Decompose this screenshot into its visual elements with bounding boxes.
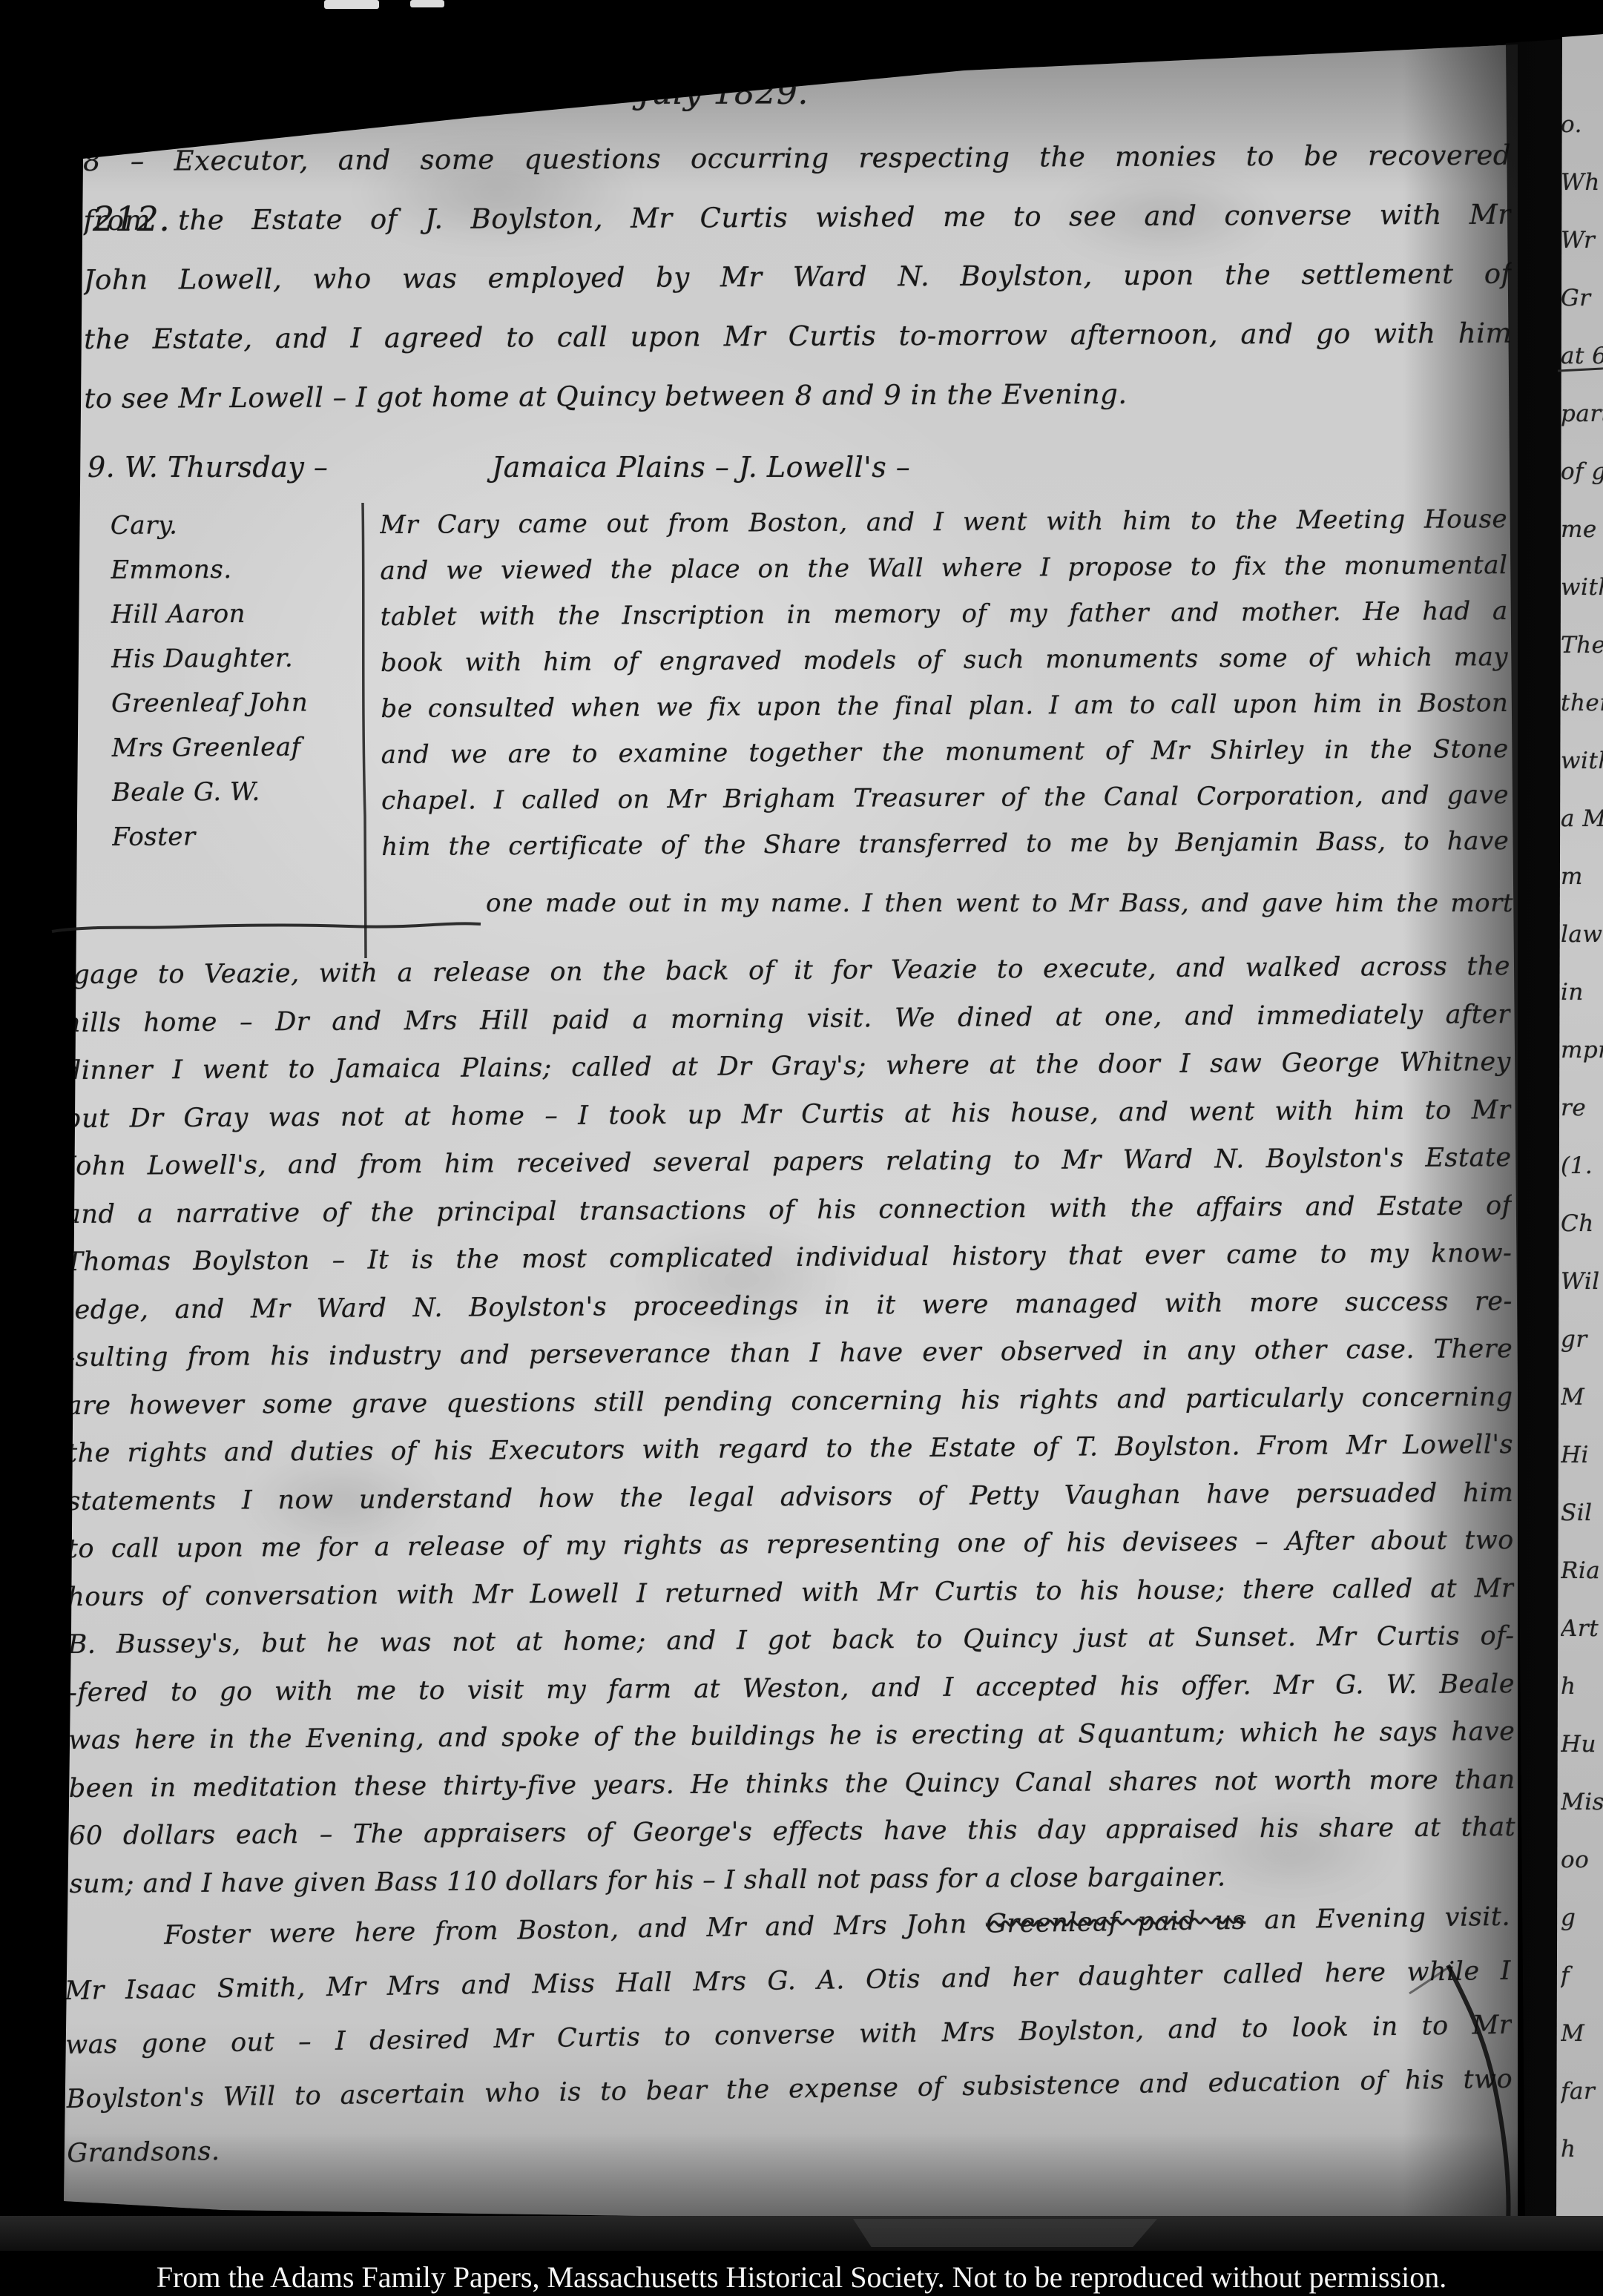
visitor-names-list: Cary.Emmons.Hill AaronHis Daughter.Green… (111, 509, 358, 867)
next-page-fragment: with (1561, 748, 1603, 805)
entry-8-paragraph: 8 – Executor, and some questions occurri… (83, 139, 1513, 442)
entry-9-body-text: -gage to Veazie, with a release on the b… (64, 951, 1516, 1917)
diary-line: -fered to go with me to visit my farm at… (68, 1669, 1515, 1726)
diary-line: and a narrative of the principal transac… (65, 1191, 1512, 1247)
next-page-fragment: f (1561, 1962, 1603, 2020)
visitor-name: Foster (112, 821, 357, 867)
document-scan: 212. July 1829. 8 – Executor, and some q… (0, 0, 1603, 2296)
next-page-fragment: law (1561, 921, 1603, 979)
next-page-fragment: Gr (1561, 285, 1603, 343)
footer-bar: From the Adams Family Papers, Massachuse… (0, 2251, 1603, 2296)
diary-line: -sulting from his industry and persevera… (66, 1334, 1513, 1391)
next-page-fragment: h (1561, 1673, 1603, 1731)
diary-line: hills home – Dr and Mrs Hill paid a morn… (64, 1000, 1510, 1056)
next-page-fragment: M (1561, 1384, 1603, 1442)
next-page-fragment: Hu (1561, 1731, 1603, 1789)
next-page-fragment: o. (1561, 111, 1603, 169)
visitor-name: Greenleaf John (111, 687, 356, 733)
next-page-fragment: Ria (1561, 1557, 1603, 1615)
next-page-fragment: me (1561, 516, 1603, 574)
diary-line: been in meditation these thirty-five yea… (69, 1765, 1515, 1821)
next-page-fragment: at 6. (1561, 343, 1603, 400)
next-page-fragment: with (1561, 574, 1603, 632)
next-page-fragment: The V (1561, 632, 1603, 690)
entry-9-heading: 9. W. Thursday – Jamaica Plains – J. Low… (88, 451, 1497, 503)
diary-line: hours of conversation with Mr Lowell I r… (68, 1574, 1514, 1630)
date-heading: July 1829. (638, 74, 809, 112)
closing-rest-lines: Mr Isaac Smith, Mr Mrs and Miss Hall Mrs… (65, 1956, 1514, 2193)
next-page-fragment: Wh (1561, 169, 1603, 227)
diary-line: Mr Cary came out from Boston, and I went… (380, 504, 1507, 556)
next-page-fragment: Wr (1561, 227, 1603, 285)
diary-line: to see Mr Lowell – I got home at Quincy … (84, 377, 1512, 442)
next-page-fragment: gr (1561, 1326, 1603, 1384)
diary-line: chapel. I called on Mr Brigham Treasurer… (381, 780, 1509, 832)
diary-line: are however some grave questions still p… (67, 1382, 1513, 1439)
diary-line: the rights and duties of his Executors w… (67, 1430, 1513, 1486)
next-page-fragment: Art (1561, 1615, 1603, 1673)
diary-line: from the Estate of J. Boylston, Mr Curti… (83, 199, 1511, 264)
next-page-text-fragments: o.WhWrGrat 6.partof gemewithThe Vtherewi… (1561, 111, 1603, 2194)
visitor-name: Cary. (111, 509, 355, 555)
diary-line: B. Bussey's, but he was not at home; and… (68, 1621, 1515, 1678)
next-page-fragment: Wil (1561, 1268, 1603, 1326)
next-page-fragment: far (1561, 2078, 1603, 2136)
next-page-fragment: there (1561, 690, 1603, 748)
page-left-shadow (0, 0, 70, 2296)
diary-line: the Estate, and I agreed to call upon Mr… (84, 317, 1512, 383)
visitor-name: Mrs Greenleaf (111, 732, 356, 778)
diary-line: Thomas Boylston – It is the most complic… (65, 1238, 1512, 1295)
scan-edge-sliver (324, 0, 379, 9)
visitor-name: His Daughter. (111, 643, 356, 689)
next-page-fragment: part (1561, 400, 1603, 458)
diary-line: John Lowell's, and from him received sev… (65, 1143, 1512, 1199)
next-page-fragment: g (1561, 1904, 1603, 1962)
scan-bottom-wedge (853, 2219, 1157, 2247)
entry-9-place-heading: Jamaica Plains – J. Lowell's – (492, 451, 910, 484)
visitor-name: Hill Aaron (111, 598, 355, 644)
diary-line: and we viewed the place on the Wall wher… (380, 550, 1507, 602)
diary-line: was here in the Evening, and spoke of th… (68, 1717, 1515, 1773)
diary-line: statements I now understand how the lega… (67, 1478, 1513, 1534)
next-page-fragment: Sil (1561, 1500, 1603, 1557)
closing-line-post: an Evening visit. (1245, 1902, 1511, 1936)
diary-line: book with him of engraved models of such… (381, 642, 1508, 694)
diary-line: but Dr Gray was not at home – I took up … (65, 1095, 1511, 1152)
visitor-name: Emmons. (111, 554, 355, 600)
diary-line: and we are to examine together the monum… (381, 734, 1509, 786)
next-page-fragment: Mis (1561, 1789, 1603, 1847)
diary-page: 212. July 1829. 8 – Executor, and some q… (0, 0, 1603, 2296)
next-page-fragment: M (1561, 2020, 1603, 2078)
next-page-fragment: m (1561, 863, 1603, 921)
entry-9-day-heading: 9. W. Thursday – (88, 451, 328, 484)
struck-text: Greenleaf paid us (986, 1906, 1246, 1939)
diary-line: -gage to Veazie, with a release on the b… (64, 951, 1510, 1008)
diary-line: tablet with the Inscription in memory of… (381, 596, 1508, 648)
visitor-name: Beale G. W. (112, 776, 357, 822)
diary-line: dinner I went to Jamaica Plains; called … (65, 1047, 1511, 1104)
diary-line: 60 dollars each – The appraisers of Geor… (69, 1812, 1515, 1869)
footer-caption: From the Adams Family Papers, Massachuse… (0, 2260, 1603, 2295)
diary-line: 8 – Executor, and some questions occurri… (83, 139, 1511, 205)
next-page-fragment: of ge (1561, 458, 1603, 516)
entry-9-closing-text: Foster were here from Boston, and Mr and… (64, 1902, 1514, 2193)
entry-9-column-text: Mr Cary came out from Boston, and I went… (380, 504, 1510, 878)
next-page-fragment: Hi (1561, 1442, 1603, 1500)
next-page-fragment: oo (1561, 1847, 1603, 1904)
diary-line: him the certificate of the Share transfe… (381, 826, 1509, 878)
diary-line: to call upon me for a release of my righ… (68, 1525, 1514, 1582)
next-page-fragment: (1. (1561, 1152, 1603, 1210)
column-last-line: one made out in my name. I then went to … (486, 888, 1513, 934)
next-page-fragment: in (1561, 979, 1603, 1037)
next-page-fragment: Ch (1561, 1210, 1603, 1268)
next-page-fragment: mpr (1561, 1037, 1603, 1095)
diary-line: be consulted when we fix upon the final … (381, 688, 1508, 740)
scan-edge-sliver (410, 0, 444, 7)
next-page-fragment: h (1561, 2136, 1603, 2194)
diary-line: John Lowell, who was employed by Mr Ward… (84, 258, 1512, 323)
next-page-fragment: re (1561, 1095, 1603, 1152)
diary-line: ledge, and Mr Ward N. Boylston's proceed… (66, 1287, 1513, 1343)
next-page-fragment: a M (1561, 805, 1603, 863)
